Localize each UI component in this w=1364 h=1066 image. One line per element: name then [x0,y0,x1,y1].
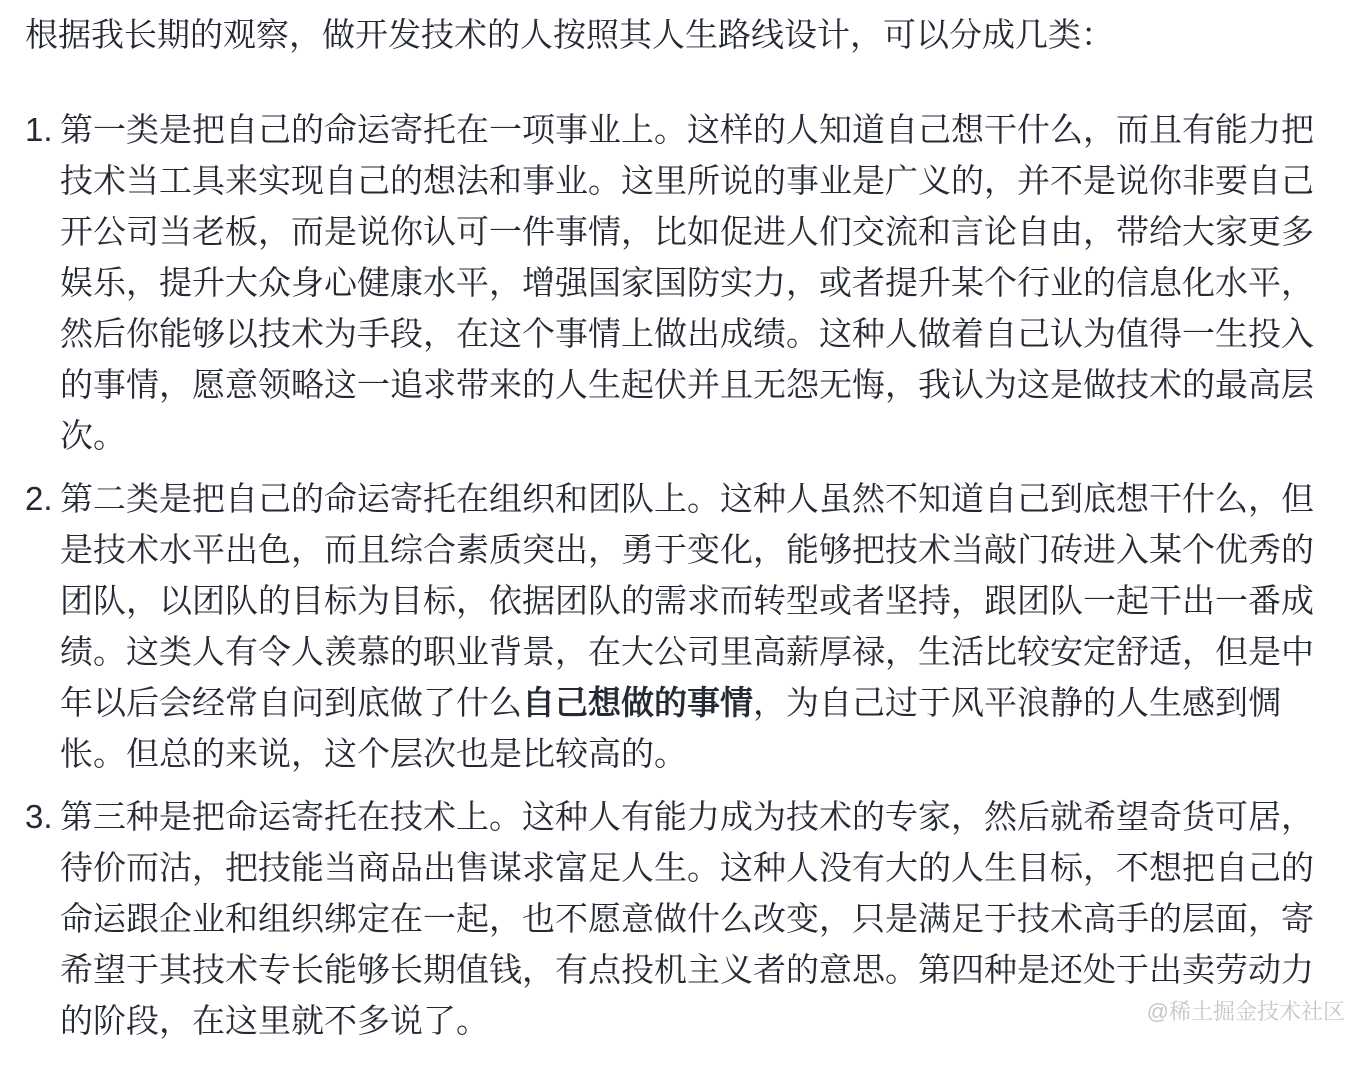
list-item-number: 3. [25,791,60,842]
intro-paragraph: 根据我长期的观察，做开发技术的人按照其人生路线设计，可以分成几类： [25,9,1316,60]
category-list: 1. 第一类是把自己的命运寄托在一项事业上。这样的人知道自己想干什么，而且有能力… [25,104,1316,1046]
list-item: 2. 第二类是把自己的命运寄托在组织和团队上。这种人虽然不知道自己到底想干什么，… [25,473,1316,779]
article-body: 根据我长期的观察，做开发技术的人按照其人生路线设计，可以分成几类： 1. 第一类… [0,0,1364,1066]
list-item-text: 第一类是把自己的命运寄托在一项事业上。这样的人知道自己想干什么，而且有能力把技术… [60,104,1316,461]
watermark: @稀土掘金技术社区 [1147,1000,1345,1024]
list-item-bold-text: 自己想做的事情 [522,684,753,721]
list-item-text: 第二类是把自己的命运寄托在组织和团队上。这种人虽然不知道自己到底想干什么，但是技… [60,473,1316,779]
list-item-number: 2. [25,473,60,524]
list-item: 3. 第三种是把命运寄托在技术上。这种人有能力成为技术的专家，然后就希望奇货可居… [25,791,1316,1046]
list-item: 1. 第一类是把自己的命运寄托在一项事业上。这样的人知道自己想干什么，而且有能力… [25,104,1316,461]
list-item-number: 1. [25,104,60,155]
list-item-text: 第三种是把命运寄托在技术上。这种人有能力成为技术的专家，然后就希望奇货可居，待价… [60,791,1316,1046]
